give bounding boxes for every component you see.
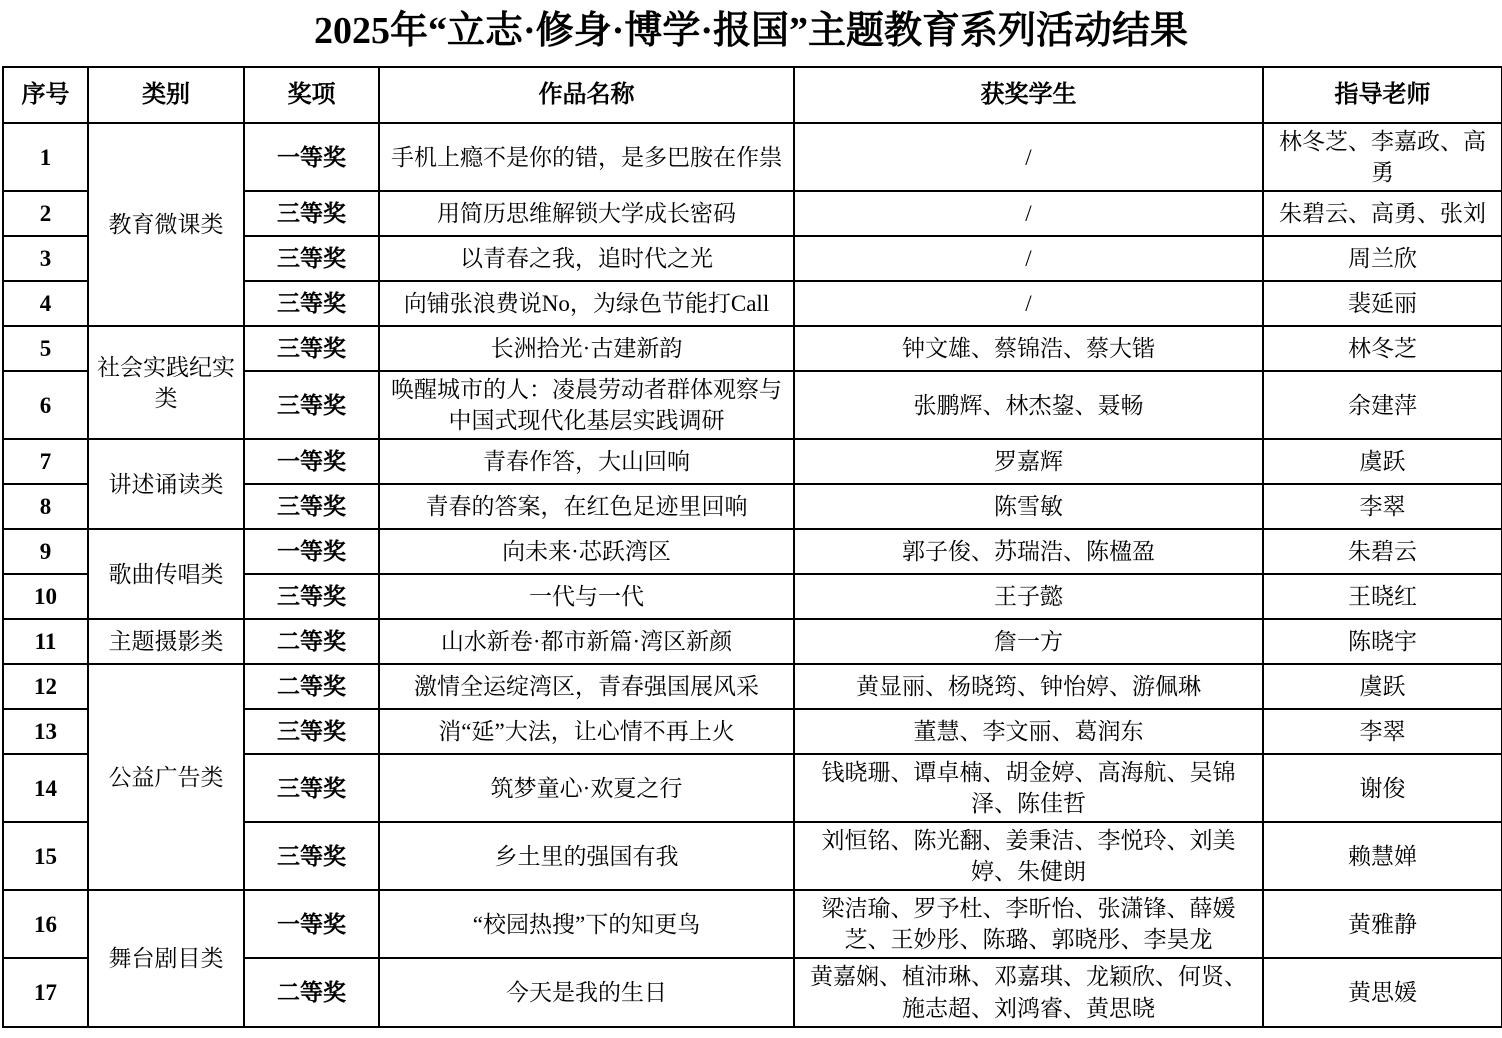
cell-work: 激情全运绽湾区，青春强国展风采	[379, 664, 794, 709]
cell-students: 黄显丽、杨晓筠、钟怡婷、游佩琳	[794, 664, 1263, 709]
cell-no: 13	[3, 709, 88, 754]
table-row: 12公益广告类二等奖激情全运绽湾区，青春强国展风采黄显丽、杨晓筠、钟怡婷、游佩琳…	[3, 664, 1502, 709]
cell-work: 向未来·芯跃湾区	[379, 529, 794, 574]
cell-work: 向铺张浪费说No，为绿色节能打Call	[379, 281, 794, 326]
cell-work: 手机上瘾不是你的错，是多巴胺在作祟	[379, 123, 794, 191]
cell-work: 今天是我的生日	[379, 958, 794, 1026]
cell-no: 17	[3, 958, 88, 1026]
cell-no: 6	[3, 371, 88, 439]
cell-no: 10	[3, 574, 88, 619]
cell-students: 王子懿	[794, 574, 1263, 619]
table-row: 1教育微课类一等奖手机上瘾不是你的错，是多巴胺在作祟/林冬芝、李嘉政、高勇	[3, 123, 1502, 191]
cell-award: 一等奖	[244, 123, 379, 191]
table-row: 9歌曲传唱类一等奖向未来·芯跃湾区郭子俊、苏瑞浩、陈楹盈朱碧云	[3, 529, 1502, 574]
cell-work: 乡土里的强国有我	[379, 822, 794, 890]
cell-teacher: 黄思媛	[1263, 958, 1502, 1026]
cell-category: 公益广告类	[88, 664, 244, 890]
cell-category: 舞台剧目类	[88, 890, 244, 1026]
cell-students: 陈雪敏	[794, 484, 1263, 529]
cell-no: 1	[3, 123, 88, 191]
cell-work: “校园热搜”下的知更鸟	[379, 890, 794, 958]
cell-teacher: 虞跃	[1263, 439, 1502, 484]
cell-award: 三等奖	[244, 709, 379, 754]
cell-award: 三等奖	[244, 191, 379, 236]
cell-award: 一等奖	[244, 529, 379, 574]
cell-category: 讲述诵读类	[88, 439, 244, 529]
cell-work: 青春作答，大山回响	[379, 439, 794, 484]
cell-teacher: 黄雅静	[1263, 890, 1502, 958]
cell-category: 社会实践纪实类	[88, 326, 244, 439]
cell-work: 以青春之我，追时代之光	[379, 236, 794, 281]
cell-teacher: 朱碧云	[1263, 529, 1502, 574]
cell-work: 筑梦童心·欢夏之行	[379, 754, 794, 822]
cell-award: 一等奖	[244, 890, 379, 958]
cell-award: 二等奖	[244, 958, 379, 1026]
cell-no: 16	[3, 890, 88, 958]
cell-no: 4	[3, 281, 88, 326]
header-row: 序号 类别 奖项 作品名称 获奖学生 指导老师	[3, 67, 1502, 123]
cell-no: 14	[3, 754, 88, 822]
cell-no: 15	[3, 822, 88, 890]
cell-award: 三等奖	[244, 754, 379, 822]
cell-work: 山水新卷·都市新篇·湾区新颜	[379, 619, 794, 664]
cell-award: 二等奖	[244, 664, 379, 709]
cell-students: 刘恒铭、陈光翻、姜秉洁、李悦玲、刘美婷、朱健朗	[794, 822, 1263, 890]
cell-no: 7	[3, 439, 88, 484]
cell-no: 11	[3, 619, 88, 664]
cell-students: /	[794, 123, 1263, 191]
cell-teacher: 周兰欣	[1263, 236, 1502, 281]
cell-students: 董慧、李文丽、葛润东	[794, 709, 1263, 754]
cell-no: 2	[3, 191, 88, 236]
cell-award: 三等奖	[244, 371, 379, 439]
header-category: 类别	[88, 67, 244, 123]
cell-category: 歌曲传唱类	[88, 529, 244, 619]
cell-teacher: 谢俊	[1263, 754, 1502, 822]
cell-work: 消“延”大法，让心情不再上火	[379, 709, 794, 754]
cell-teacher: 虞跃	[1263, 664, 1502, 709]
table-header: 序号 类别 奖项 作品名称 获奖学生 指导老师	[3, 67, 1502, 123]
cell-award: 三等奖	[244, 281, 379, 326]
document-page: 2025年“立志·修身·博学·报国”主题教育系列活动结果 序号 类别 奖项 作品…	[0, 0, 1502, 1038]
cell-teacher: 林冬芝、李嘉政、高勇	[1263, 123, 1502, 191]
cell-teacher: 王晓红	[1263, 574, 1502, 619]
cell-students: 钟文雄、蔡锦浩、蔡大锴	[794, 326, 1263, 371]
cell-award: 一等奖	[244, 439, 379, 484]
cell-teacher: 朱碧云、高勇、张刘	[1263, 191, 1502, 236]
cell-students: 钱晓珊、谭卓楠、胡金婷、高海航、吴锦泽、陈佳哲	[794, 754, 1263, 822]
header-award: 奖项	[244, 67, 379, 123]
cell-students: /	[794, 281, 1263, 326]
table-row: 16舞台剧目类一等奖“校园热搜”下的知更鸟梁洁瑜、罗予杜、李昕怡、张潇锋、薛媛芝…	[3, 890, 1502, 958]
cell-teacher: 裴延丽	[1263, 281, 1502, 326]
cell-students: 黄嘉娴、植沛琳、邓嘉琪、龙颖欣、何贤、施志超、刘鸿睿、黄思晓	[794, 958, 1263, 1026]
cell-no: 3	[3, 236, 88, 281]
cell-students: /	[794, 236, 1263, 281]
cell-category: 主题摄影类	[88, 619, 244, 664]
cell-award: 三等奖	[244, 326, 379, 371]
table-row: 11主题摄影类二等奖山水新卷·都市新篇·湾区新颜詹一方陈晓宇	[3, 619, 1502, 664]
cell-students: 郭子俊、苏瑞浩、陈楹盈	[794, 529, 1263, 574]
cell-teacher: 陈晓宇	[1263, 619, 1502, 664]
results-table: 序号 类别 奖项 作品名称 获奖学生 指导老师 1教育微课类一等奖手机上瘾不是你…	[2, 66, 1502, 1028]
cell-teacher: 李翠	[1263, 484, 1502, 529]
cell-no: 12	[3, 664, 88, 709]
cell-work: 长洲拾光·古建新韵	[379, 326, 794, 371]
cell-award: 三等奖	[244, 484, 379, 529]
cell-work: 用简历思维解锁大学成长密码	[379, 191, 794, 236]
cell-no: 5	[3, 326, 88, 371]
cell-students: 张鹏辉、林杰鋆、聂畅	[794, 371, 1263, 439]
cell-category: 教育微课类	[88, 123, 244, 326]
cell-teacher: 林冬芝	[1263, 326, 1502, 371]
cell-award: 二等奖	[244, 619, 379, 664]
cell-no: 8	[3, 484, 88, 529]
cell-work: 唤醒城市的人：凌晨劳动者群体观察与中国式现代化基层实践调研	[379, 371, 794, 439]
cell-students: 罗嘉辉	[794, 439, 1263, 484]
cell-teacher: 赖慧婵	[1263, 822, 1502, 890]
cell-work: 一代与一代	[379, 574, 794, 619]
header-students: 获奖学生	[794, 67, 1263, 123]
header-no: 序号	[3, 67, 88, 123]
cell-students: /	[794, 191, 1263, 236]
cell-teacher: 余建萍	[1263, 371, 1502, 439]
cell-award: 三等奖	[244, 822, 379, 890]
cell-no: 9	[3, 529, 88, 574]
cell-award: 三等奖	[244, 236, 379, 281]
cell-students: 詹一方	[794, 619, 1263, 664]
cell-work: 青春的答案，在红色足迹里回响	[379, 484, 794, 529]
cell-teacher: 李翠	[1263, 709, 1502, 754]
header-work: 作品名称	[379, 67, 794, 123]
cell-award: 三等奖	[244, 574, 379, 619]
table-body: 1教育微课类一等奖手机上瘾不是你的错，是多巴胺在作祟/林冬芝、李嘉政、高勇2三等…	[3, 123, 1502, 1027]
table-row: 7讲述诵读类一等奖青春作答，大山回响罗嘉辉虞跃	[3, 439, 1502, 484]
cell-students: 梁洁瑜、罗予杜、李昕怡、张潇锋、薛媛芝、王妙彤、陈璐、郭晓彤、李昊龙	[794, 890, 1263, 958]
table-row: 5社会实践纪实类三等奖长洲拾光·古建新韵钟文雄、蔡锦浩、蔡大锴林冬芝	[3, 326, 1502, 371]
header-teacher: 指导老师	[1263, 67, 1502, 123]
page-title: 2025年“立志·修身·博学·报国”主题教育系列活动结果	[0, 0, 1502, 66]
